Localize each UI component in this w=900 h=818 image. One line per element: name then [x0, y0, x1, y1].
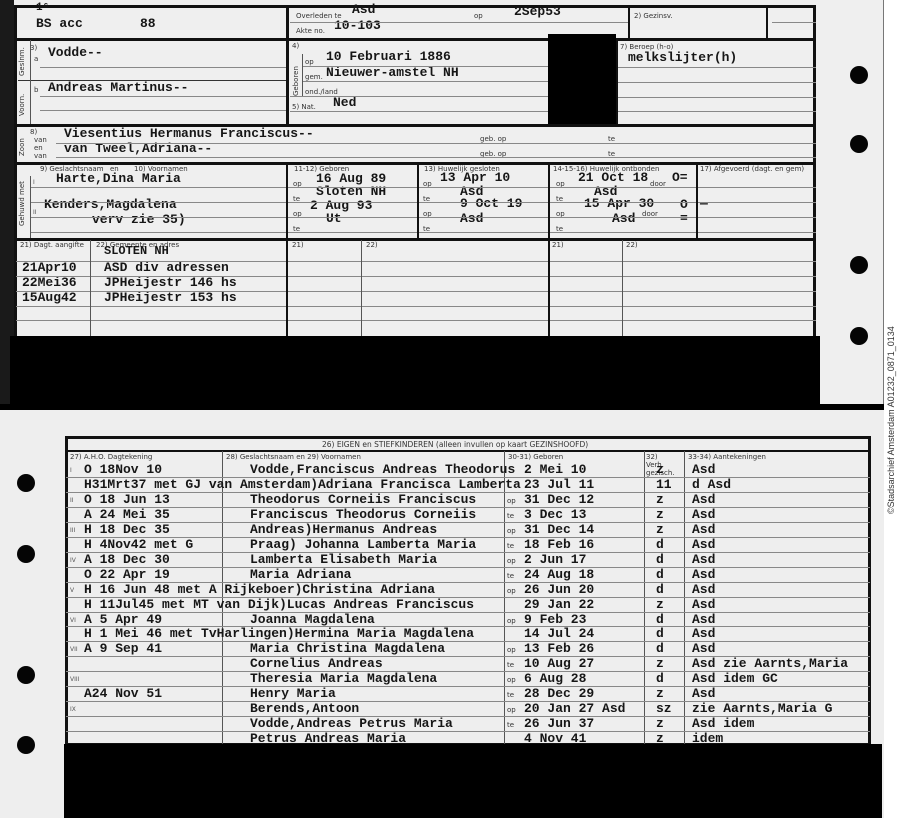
child-name: Vodde,Franciscus Andreas Theodorus	[250, 462, 515, 477]
col-adres-2: 22)	[366, 241, 378, 249]
overleden-op-label: op	[474, 12, 483, 20]
van-label-1: van	[34, 136, 47, 144]
spouse-2-name: Kenders,Magdalena	[44, 197, 177, 212]
overleden-op-value: 2Sep53	[514, 4, 561, 19]
child-name: Lamberta Elisabeth Maria	[250, 552, 437, 567]
born-prefix: op	[507, 527, 516, 535]
redaction-block-top-edge	[0, 404, 884, 410]
aho-date: A 24 Mei 35	[84, 507, 170, 522]
van-label-2: van	[34, 152, 47, 160]
child-born: 6 Aug 28	[524, 671, 586, 686]
father-name: Viesentius Hermanus Franciscus--	[64, 126, 314, 141]
aho-date: O 18Nov 10	[84, 462, 162, 477]
child-verh: d	[656, 641, 664, 656]
ref-mark: 1ᶜ	[36, 2, 49, 14]
col-dagt-3: 21)	[552, 241, 564, 249]
child-name: Christina Adriana	[302, 582, 435, 597]
child-verh: d	[656, 567, 664, 582]
child-name: Lucas Andreas Franciscus	[287, 597, 474, 612]
section-zoon-label: Zoon	[18, 138, 26, 156]
child-note: Asd	[692, 641, 715, 656]
aho-date: O 18 Jun 13	[84, 492, 170, 507]
aho-date: O 22 Apr 19	[84, 567, 170, 582]
dissolution-1-door: O=	[672, 170, 688, 185]
child-note: Asd	[692, 582, 715, 597]
aho-date: H31Mrt37 met GJ van Amsterdam)	[84, 477, 318, 492]
child-born: 26 Jun 37	[524, 716, 594, 731]
child-note: Asd	[692, 552, 715, 567]
child-name: Praag) Johanna Lamberta Maria	[250, 537, 476, 552]
punch-hole	[850, 135, 868, 153]
punch-hole	[17, 474, 35, 492]
child-born: 31 Dec 14	[524, 522, 594, 537]
section-gehuwd-label: Gehuwd met	[18, 181, 26, 226]
field-4-label: 4)	[292, 42, 299, 50]
redaction-block-photo	[548, 34, 616, 126]
address-date-2: 22Mei36	[22, 275, 77, 290]
aho-date: H 4Nov42 met G	[84, 537, 193, 552]
child-name: Theresia Maria Magdalena	[250, 671, 437, 686]
marriage-roman-2: II	[33, 209, 37, 216]
aho-date: A 18 Dec 30	[84, 552, 170, 567]
child-name: Cornelius Andreas	[250, 656, 383, 671]
col-dagt-aangifte: 21) Dagt. aangifte	[20, 241, 84, 249]
born-prefix: op	[507, 587, 516, 595]
child-name: Maria Christina Magdalena	[250, 641, 445, 656]
child-note: Asd	[692, 507, 715, 522]
child-verh: d	[656, 552, 664, 567]
child-verh: d	[656, 612, 664, 627]
section-geslnm-label: Geslnm.	[18, 47, 26, 76]
address-date-1: 21Apr10	[22, 260, 77, 275]
row-roman: III	[70, 527, 75, 534]
child-note: Asd idem GC	[692, 671, 778, 686]
akte-no-value: 10-103	[334, 18, 381, 33]
born-section-label: Geboren	[292, 66, 300, 96]
child-verh: z	[656, 522, 664, 537]
gem-label: gem.	[305, 73, 323, 81]
born-prefix: te	[507, 661, 514, 669]
nat-label: 5) Nat.	[292, 103, 316, 111]
child-verh: z	[656, 656, 664, 671]
afgevoerd-2: —	[700, 196, 708, 211]
row-roman: V	[70, 587, 74, 594]
child-name: Franciscus Theodorus Corneiis	[250, 507, 476, 522]
row-roman: I	[70, 467, 72, 474]
address-row-2: JPHeijestr 146 hs	[104, 275, 237, 290]
spouse-2-born-te: Ut	[326, 211, 342, 226]
row-roman: IX	[70, 706, 76, 713]
aho-date: A 9 Sep 41	[84, 641, 162, 656]
aho-date: A24 Nov 51	[84, 686, 162, 701]
child-note: Asd	[692, 537, 715, 552]
born-prefix: op	[507, 617, 516, 625]
child-verh: d	[656, 671, 664, 686]
child-born: 14 Jul 24	[524, 626, 594, 641]
child-note: Asd	[692, 522, 715, 537]
child-born: 31 Dec 12	[524, 492, 594, 507]
child-born: 2 Mei 10	[524, 462, 586, 477]
redaction-block-top	[10, 336, 820, 404]
child-verh: 11	[656, 477, 672, 492]
born-prefix: te	[507, 572, 514, 580]
child-verh: d	[656, 537, 664, 552]
punch-hole	[850, 327, 868, 345]
bs-acc-value: 88	[140, 16, 156, 31]
spouse-1-name: Harte,Dina Maria	[56, 171, 181, 186]
child-name: Berends,Antoon	[250, 701, 359, 716]
bs-acc-label: BS acc	[36, 16, 83, 31]
child-note: Asd idem	[692, 716, 754, 731]
row-roman: VIII	[70, 676, 79, 683]
child-verh: z	[656, 462, 664, 477]
born-prefix: op	[507, 676, 516, 684]
aho-date: H 1 Mei 46 met TvHarlingen)	[84, 626, 295, 641]
section-voorn-label: Voorn.	[18, 94, 26, 116]
address-date-3: 15Aug42	[22, 290, 77, 305]
dissolution-2-door2: =	[680, 211, 688, 226]
father-geb-op-label: geb. op	[480, 135, 506, 143]
overleden-te-value: Asd	[352, 2, 375, 17]
aho-date: H 16 Jun 48 met A Rijkeboer)	[84, 582, 302, 597]
child-verh: d	[656, 626, 664, 641]
col-name: 28) Geslachtsnaam en 29) Voornamen	[226, 453, 361, 461]
child-name: Vodde,Andreas Petrus Maria	[250, 716, 453, 731]
aho-date: H 11Jul45 met MT van Dijk)	[84, 597, 287, 612]
child-verh: sz	[656, 701, 672, 716]
child-born: 18 Feb 16	[524, 537, 594, 552]
occupation: melkslijter(h)	[628, 50, 737, 65]
marriage-2-place: Asd	[460, 211, 483, 226]
child-born: 10 Aug 27	[524, 656, 594, 671]
col-afgevoerd: 17) Afgevoerd (dagt. en gem)	[700, 165, 804, 173]
gezinsv-label: 2) Gezinsv.	[634, 12, 673, 20]
child-name: Maria Adriana	[250, 567, 351, 582]
born-prefix: te	[507, 721, 514, 729]
child-born: 20 Jan 27 Asd	[524, 701, 625, 716]
col-aho: 27) A.H.O. Dagtekening	[70, 453, 152, 461]
born-prefix: te	[507, 691, 514, 699]
child-name: Hermina Maria Magdalena	[295, 626, 474, 641]
born-prefix: op	[507, 646, 516, 654]
birth-op-label: op	[305, 58, 314, 66]
en-label: en	[34, 144, 43, 152]
child-born: 9 Feb 23	[524, 612, 586, 627]
child-note: d Asd	[692, 477, 731, 492]
aho-date: A 5 Apr 49	[84, 612, 162, 627]
child-note: Asd	[692, 597, 715, 612]
birth-date: 10 Februari 1886	[326, 49, 451, 64]
child-note: zie Aarnts,Maria G	[692, 701, 832, 716]
field-b-label: b	[34, 86, 38, 94]
born-prefix: te	[507, 542, 514, 550]
child-note: Asd	[692, 462, 715, 477]
given-names: Andreas Martinus--	[48, 80, 188, 95]
nationality: Ned	[333, 95, 356, 110]
child-note: Asd zie Aarnts,Maria	[692, 656, 848, 671]
aho-date: H 18 Dec 35	[84, 522, 170, 537]
marriage-2-date: 9 Oct 19	[460, 196, 522, 211]
child-note: Asd	[692, 492, 715, 507]
col-notes: 33-34) Aantekeningen	[688, 453, 766, 461]
surname: Vodde--	[48, 45, 103, 60]
archive-credit: ©Stadsarchief Amsterdam A01232_0871_0134	[886, 326, 896, 514]
child-born: 23 Jul 11	[524, 477, 594, 492]
birth-place: Nieuwer-amstel NH	[326, 65, 459, 80]
child-name: Andreas)Hermanus Andreas	[250, 522, 437, 537]
child-born: 26 Jun 20	[524, 582, 594, 597]
child-verh: z	[656, 507, 664, 522]
child-verh: z	[656, 492, 664, 507]
field-8-label: 8)	[30, 128, 37, 136]
punch-hole	[17, 545, 35, 563]
child-verh: d	[656, 582, 664, 597]
akte-no-label: Akte no.	[296, 27, 325, 35]
marriage-roman-1: I	[33, 179, 35, 186]
child-name: Adriana Francisca Lamberta	[318, 477, 521, 492]
row-roman: IV	[70, 557, 76, 564]
dissolution-1-date: 21 Oct 18	[578, 170, 648, 185]
col-born: 30-31) Geboren	[508, 453, 563, 461]
child-name: Joanna Magdalena	[250, 612, 375, 627]
born-prefix: op	[507, 497, 516, 505]
children-section-title: 26) EIGEN en STIEFKINDEREN (alleen invul…	[322, 440, 588, 449]
child-verh: z	[656, 597, 664, 612]
spouse-2-note: verv zie 35)	[92, 212, 186, 227]
child-born: 28 Dec 29	[524, 686, 594, 701]
punch-hole	[17, 736, 35, 754]
address-row-0: SLOTEN NH	[104, 244, 169, 258]
child-note: Asd	[692, 686, 715, 701]
punch-hole	[17, 666, 35, 684]
address-row-3: JPHeijestr 153 hs	[104, 290, 237, 305]
child-born: 3 Dec 13	[524, 507, 586, 522]
punch-hole	[850, 256, 868, 274]
field-a-label: a	[34, 55, 38, 63]
child-name: Theodorus Corneiis Franciscus	[250, 492, 476, 507]
child-born: 2 Jun 17	[524, 552, 586, 567]
born-prefix: te	[507, 512, 514, 520]
field-3-label: 3)	[30, 44, 37, 52]
child-born: 29 Jan 22	[524, 597, 594, 612]
child-note: Asd	[692, 626, 715, 641]
row-roman: II	[70, 497, 74, 504]
child-born: 24 Aug 18	[524, 567, 594, 582]
child-note: Asd	[692, 567, 715, 582]
child-verh: z	[656, 716, 664, 731]
redaction-block-bottom	[64, 744, 882, 818]
row-roman: VII	[70, 646, 78, 653]
born-prefix: op	[507, 557, 516, 565]
child-name: Henry Maria	[250, 686, 336, 701]
col-adres-3: 22)	[626, 241, 638, 249]
born-prefix: op	[507, 706, 516, 714]
child-born: 13 Feb 26	[524, 641, 594, 656]
col-dagt-2: 21)	[292, 241, 304, 249]
child-verh: z	[656, 686, 664, 701]
punch-hole	[850, 66, 868, 84]
address-row-1: ASD div adressen	[104, 260, 229, 275]
row-roman: VI	[70, 617, 76, 624]
child-note: Asd	[692, 612, 715, 627]
dissolution-2-date: 15 Apr 30	[584, 196, 654, 211]
dissolution-2-door: O	[680, 197, 688, 212]
marriage-1-date: 13 Apr 10	[440, 170, 510, 185]
dissolution-2-place: Asd	[612, 211, 635, 226]
father-te-label: te	[608, 135, 615, 143]
